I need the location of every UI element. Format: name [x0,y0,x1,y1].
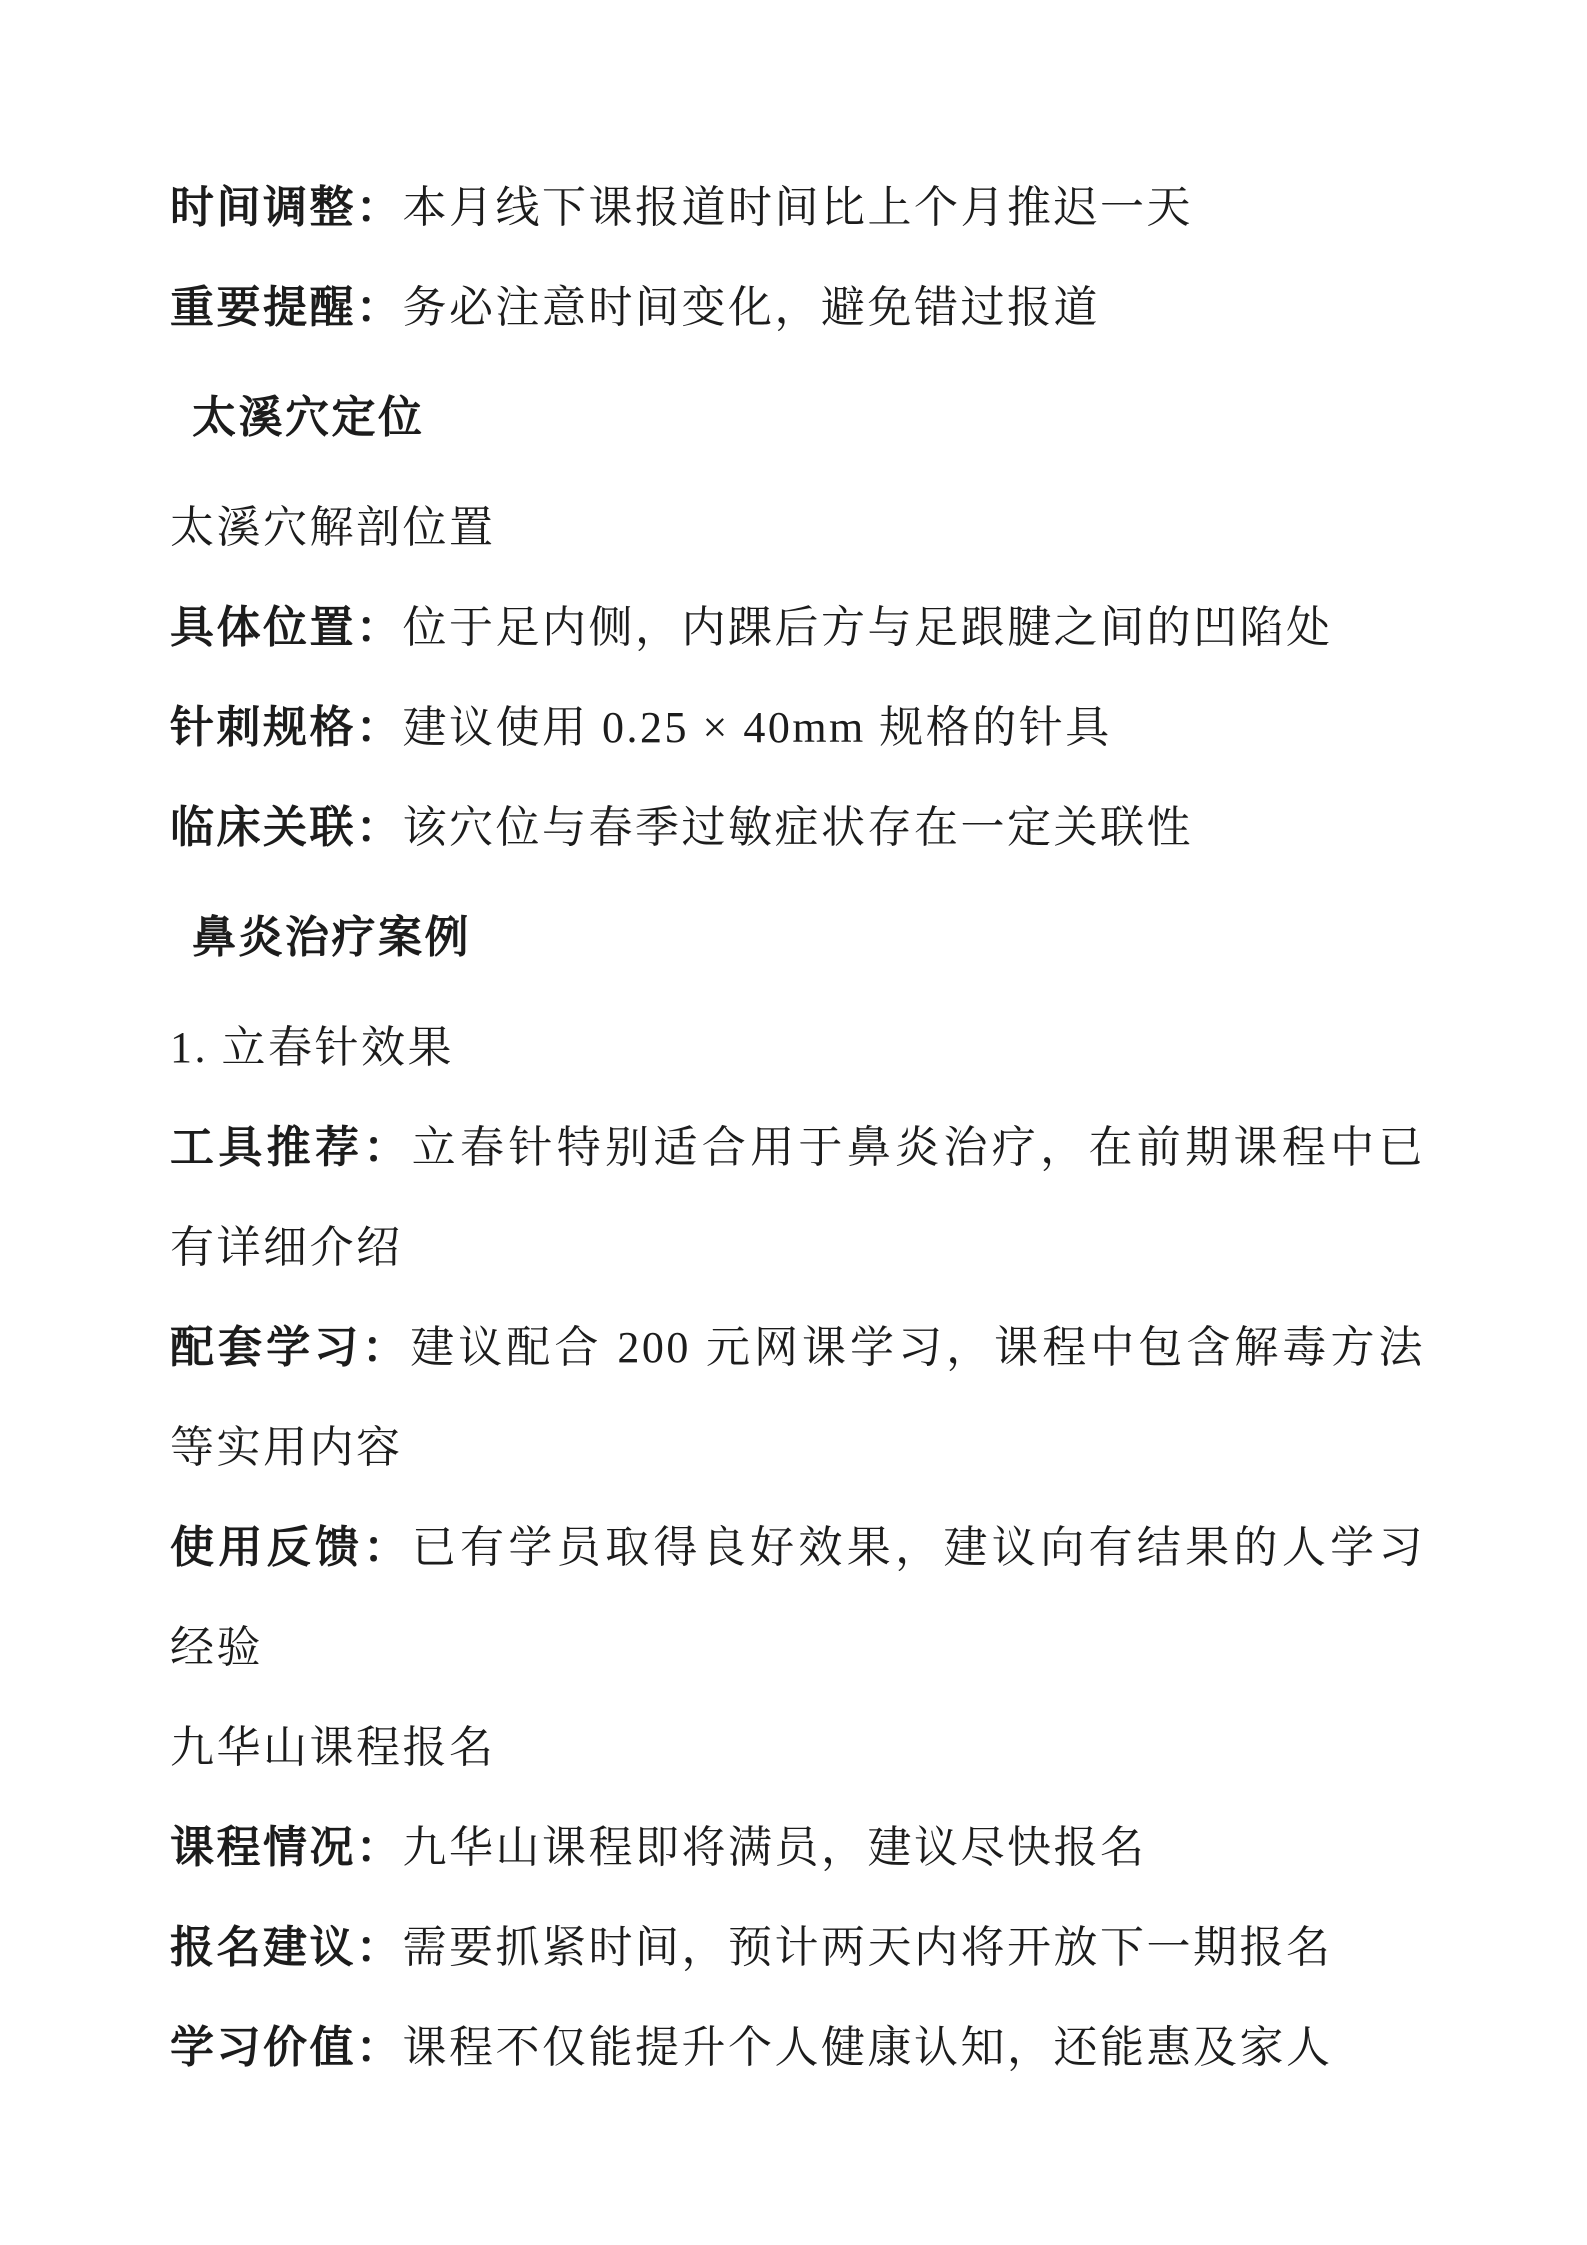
paragraph-learning-value: 学习价值：课程不仅能提升个人健康认知，还能惠及家人 [170,1998,1425,2098]
paragraph-time-adjustment-text: 本月线下课报道时间比上个月推迟一天 [403,183,1194,232]
paragraph-lichun-needle-effect: 1. 立春针效果 [170,998,1425,1098]
paragraph-companion-learning-label: 配套学习： [170,1323,410,1372]
paragraph-important-reminder-text: 务必注意时间变化，避免错过报道 [403,283,1101,332]
heading-taixi-point-location: 太溪穴定位 [170,368,1425,468]
paragraph-companion-learning: 配套学习：建议配合 200 元网课学习，课程中包含解毒方法等实用内容 [170,1298,1425,1498]
paragraph-important-reminder-label: 重要提醒： [170,283,403,332]
paragraph-specific-location-label: 具体位置： [170,603,403,652]
paragraph-time-adjustment: 时间调整：本月线下课报道时间比上个月推迟一天 [170,158,1425,258]
paragraph-jiuhuashan-registration: 九华山课程报名 [170,1698,1425,1798]
paragraph-registration-advice-text: 需要抓紧时间，预计两天内将开放下一期报名 [403,1923,1333,1972]
document-page: 时间调整：本月线下课报道时间比上个月推迟一天 重要提醒：务必注意时间变化，避免错… [0,0,1587,2245]
paragraph-specific-location: 具体位置：位于足内侧，内踝后方与足跟腱之间的凹陷处 [170,578,1425,678]
paragraph-important-reminder: 重要提醒：务必注意时间变化，避免错过报道 [170,258,1425,358]
paragraph-learning-value-label: 学习价值： [170,2023,403,2072]
document-content: 时间调整：本月线下课报道时间比上个月推迟一天 重要提醒：务必注意时间变化，避免错… [0,0,1587,2098]
paragraph-clinical-relation: 临床关联：该穴位与春季过敏症状存在一定关联性 [170,778,1425,878]
paragraph-tool-recommendation-label: 工具推荐： [170,1123,412,1172]
paragraph-time-adjustment-label: 时间调整： [170,183,403,232]
paragraph-clinical-relation-label: 临床关联： [170,803,403,852]
paragraph-clinical-relation-text: 该穴位与春季过敏症状存在一定关联性 [403,803,1194,852]
paragraph-learning-value-text: 课程不仅能提升个人健康认知，还能惠及家人 [403,2023,1333,2072]
paragraph-specific-location-text: 位于足内侧，内踝后方与足跟腱之间的凹陷处 [403,603,1333,652]
paragraph-registration-advice: 报名建议：需要抓紧时间，预计两天内将开放下一期报名 [170,1898,1425,1998]
paragraph-course-status: 课程情况：九华山课程即将满员，建议尽快报名 [170,1798,1425,1898]
paragraph-registration-advice-label: 报名建议： [170,1923,403,1972]
paragraph-tool-recommendation: 工具推荐：立春针特别适合用于鼻炎治疗，在前期课程中已有详细介绍 [170,1098,1425,1298]
paragraph-needle-spec-text: 建议使用 0.25 × 40mm 规格的针具 [403,703,1112,752]
heading-rhinitis-treatment-case: 鼻炎治疗案例 [170,888,1425,988]
paragraph-course-status-label: 课程情况： [170,1823,403,1872]
paragraph-usage-feedback-label: 使用反馈： [170,1523,412,1572]
paragraph-needle-spec-label: 针刺规格： [170,703,403,752]
paragraph-course-status-text: 九华山课程即将满员，建议尽快报名 [403,1823,1147,1872]
paragraph-usage-feedback: 使用反馈：已有学员取得良好效果，建议向有结果的人学习经验 [170,1498,1425,1698]
paragraph-needle-spec: 针刺规格：建议使用 0.25 × 40mm 规格的针具 [170,678,1425,778]
paragraph-taixi-anatomy: 太溪穴解剖位置 [170,478,1425,578]
